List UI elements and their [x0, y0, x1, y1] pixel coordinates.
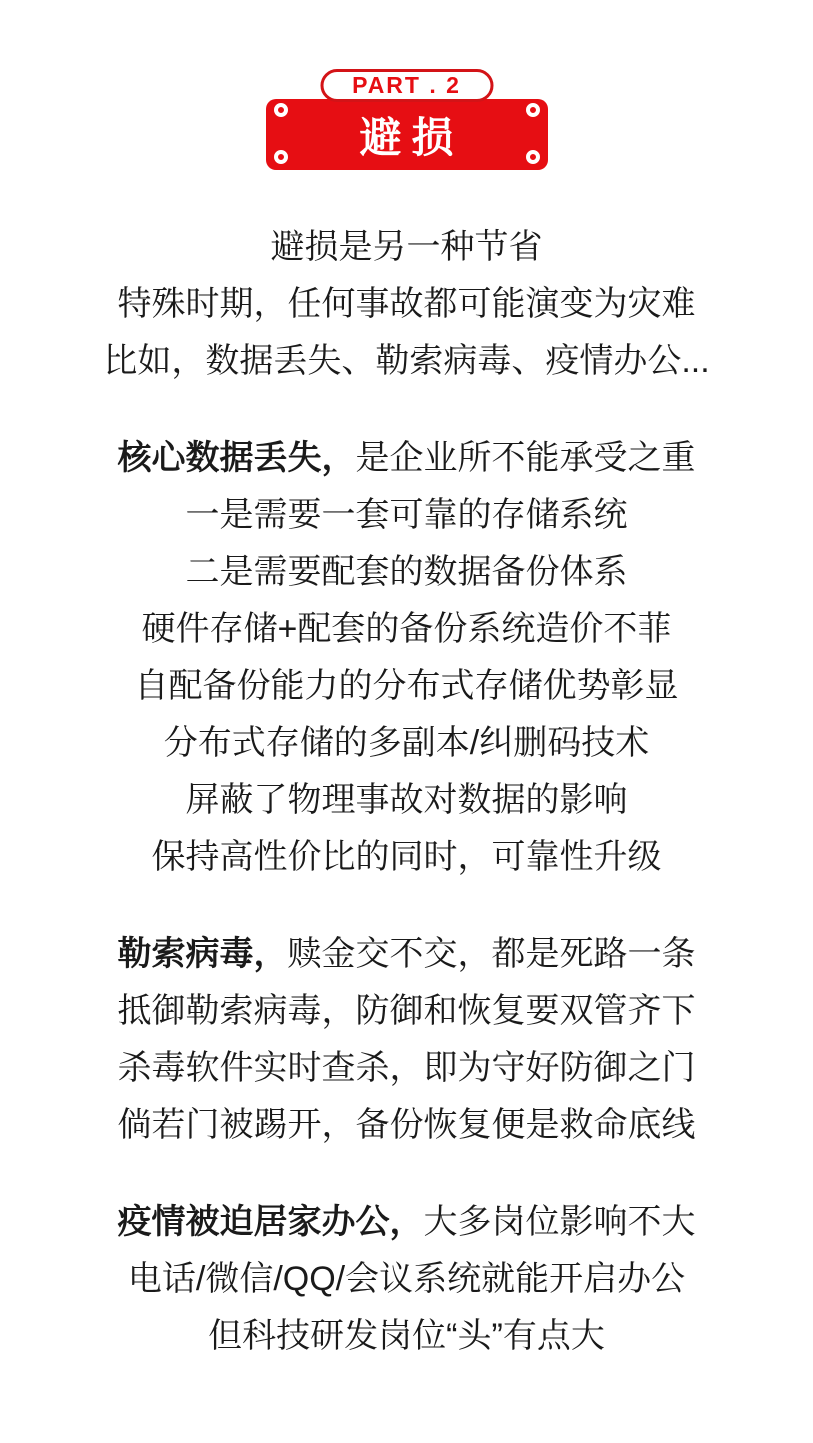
text-block: 核心数据丢失，是企业所不能承受之重一是需要一套可靠的存储系统二是需要配套的数据备…: [0, 430, 813, 886]
line-lead-text: 核心数据丢失，: [118, 439, 356, 477]
line-text: 赎金交不交，都是死路一条: [288, 935, 696, 973]
line-text: 屏蔽了物理事故对数据的影响: [186, 781, 628, 819]
section-title-plate: 避损: [266, 99, 548, 170]
part-number-badge: PART . 2: [320, 69, 493, 102]
text-line: 二是需要配套的数据备份体系: [0, 544, 813, 601]
line-text: 一是需要一套可靠的存储系统: [186, 496, 628, 534]
article-content: 避损是另一种节省特殊时期，任何事故都可能演变为灾难比如，数据丢失、勒索病毒、疫情…: [0, 0, 813, 1365]
line-lead-text: 疫情被迫居家办公，: [118, 1203, 424, 1241]
line-text: 保持高性价比的同时，可靠性升级: [152, 838, 662, 876]
line-text: 大多岗位影响不大: [424, 1203, 696, 1241]
line-text: 特殊时期，任何事故都可能演变为灾难: [118, 285, 696, 323]
text-line: 自配备份能力的分布式存储优势彰显: [0, 658, 813, 715]
line-text: 杀毒软件实时查杀，即为守好防御之门: [118, 1049, 696, 1087]
line-text: 避损是另一种节省: [271, 228, 543, 266]
text-block: 勒索病毒，赎金交不交，都是死路一条抵御勒索病毒，防御和恢复要双管齐下杀毒软件实时…: [0, 926, 813, 1154]
text-block: 疫情被迫居家办公，大多岗位影响不大电话/微信/QQ/会议系统就能开启办公但科技研…: [0, 1194, 813, 1365]
text-line: 屏蔽了物理事故对数据的影响: [0, 772, 813, 829]
line-text: 但科技研发岗位“头”有点大: [208, 1317, 605, 1355]
rivet-icon: [274, 103, 288, 117]
rivet-icon: [274, 150, 288, 164]
text-line: 特殊时期，任何事故都可能演变为灾难: [0, 276, 813, 333]
rivet-icon: [526, 103, 540, 117]
line-text: 比如，数据丢失、勒索病毒、疫情办公...: [103, 342, 709, 380]
text-line: 保持高性价比的同时，可靠性升级: [0, 829, 813, 886]
text-line: 杀毒软件实时查杀，即为守好防御之门: [0, 1040, 813, 1097]
text-line: 避损是另一种节省: [0, 219, 813, 276]
line-text: 抵御勒索病毒，防御和恢复要双管齐下: [118, 992, 696, 1030]
text-line: 一是需要一套可靠的存储系统: [0, 487, 813, 544]
line-text: 电话/微信/QQ/会议系统就能开启办公: [128, 1260, 685, 1298]
line-text: 二是需要配套的数据备份体系: [186, 553, 628, 591]
text-line: 比如，数据丢失、勒索病毒、疫情办公...: [0, 333, 813, 390]
part-label: PART . 2: [352, 72, 461, 99]
line-text: 分布式存储的多副本/纠删码技术: [164, 724, 649, 762]
line-text: 自配备份能力的分布式存储优势彰显: [135, 667, 679, 705]
text-line: 疫情被迫居家办公，大多岗位影响不大: [0, 1194, 813, 1251]
article-page: PART . 2 避损 避损是另一种节省特殊时期，任何事故都可能演变为灾难比如，…: [0, 0, 813, 1443]
text-line: 硬件存储+配套的备份系统造价不菲: [0, 601, 813, 658]
line-text: 倘若门被踢开，备份恢复便是救命底线: [118, 1106, 696, 1144]
text-block: 避损是另一种节省特殊时期，任何事故都可能演变为灾难比如，数据丢失、勒索病毒、疫情…: [0, 219, 813, 390]
text-line: 勒索病毒，赎金交不交，都是死路一条: [0, 926, 813, 983]
text-line: 分布式存储的多副本/纠删码技术: [0, 715, 813, 772]
text-line: 但科技研发岗位“头”有点大: [0, 1308, 813, 1365]
line-text: 是企业所不能承受之重: [356, 439, 696, 477]
text-line: 抵御勒索病毒，防御和恢复要双管齐下: [0, 983, 813, 1040]
line-text: 硬件存储+配套的备份系统造价不菲: [142, 610, 672, 648]
text-line: 核心数据丢失，是企业所不能承受之重: [0, 430, 813, 487]
text-line: 电话/微信/QQ/会议系统就能开启办公: [0, 1251, 813, 1308]
section-title: 避损: [349, 105, 463, 165]
line-lead-text: 勒索病毒，: [118, 935, 288, 973]
rivet-icon: [526, 150, 540, 164]
text-line: 倘若门被踢开，备份恢复便是救命底线: [0, 1097, 813, 1154]
